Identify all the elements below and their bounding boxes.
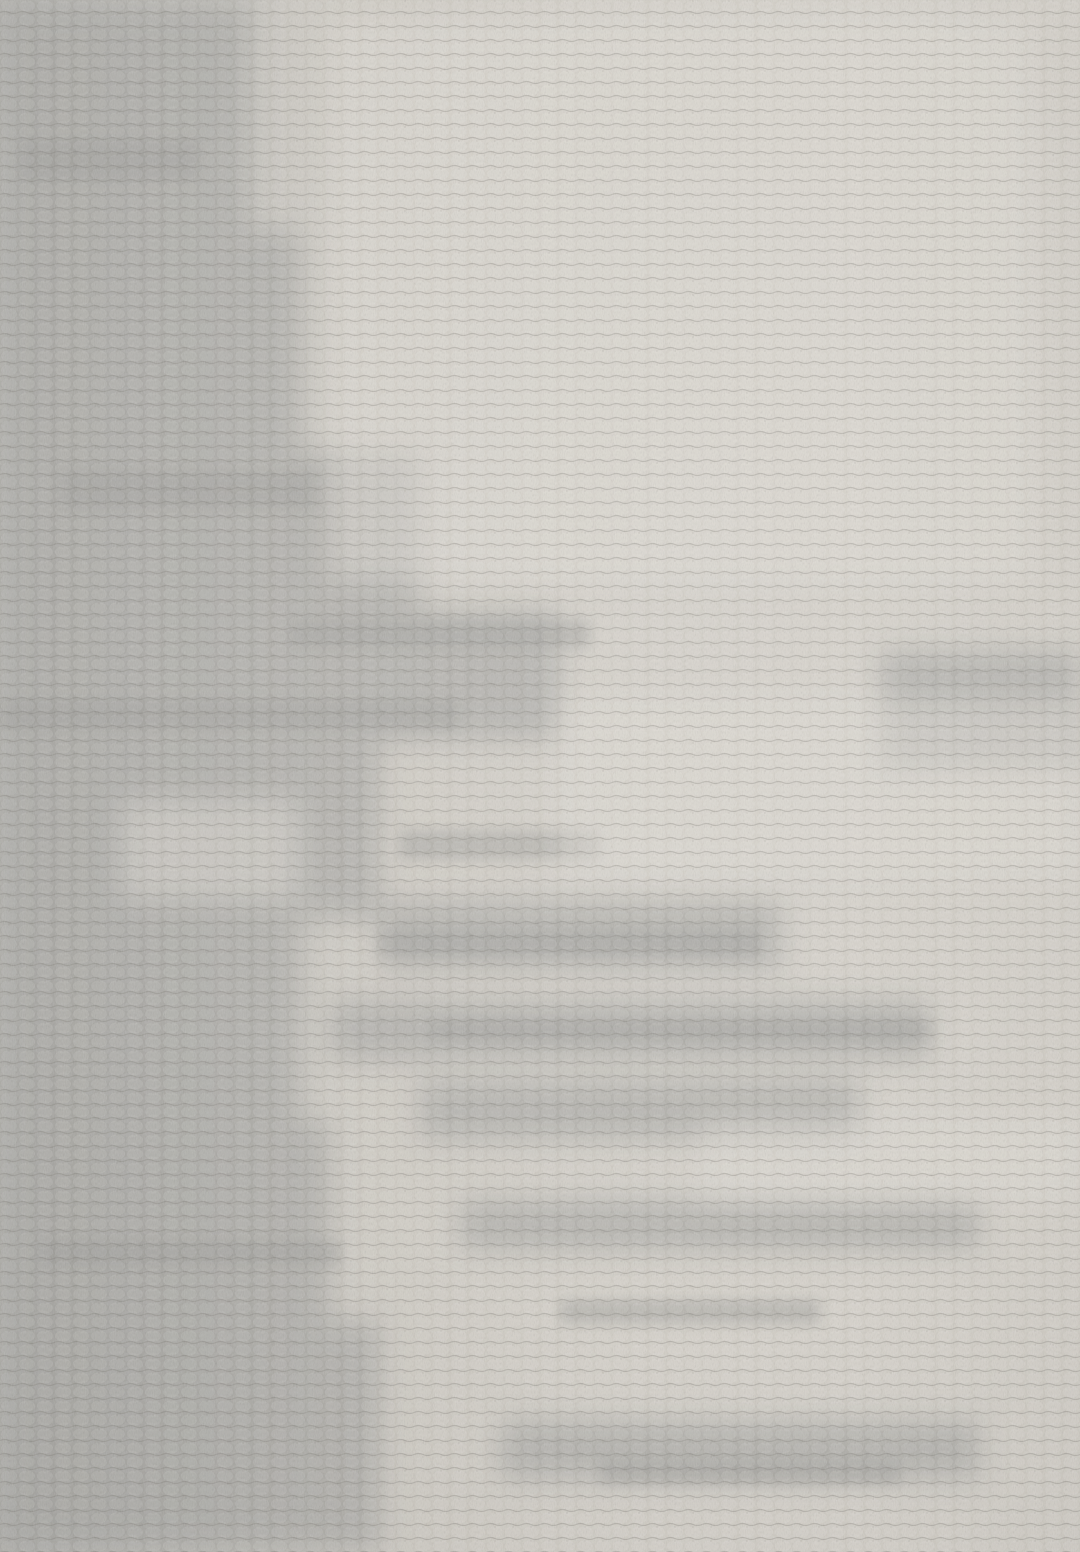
base-tone [0, 0, 1080, 1552]
fiber-noise [0, 0, 1080, 1552]
lighting [0, 0, 1080, 1552]
abrasion-patches [0, 0, 1080, 1552]
rug-texture-photo [0, 0, 1080, 1552]
knot-rows [0, 0, 1080, 1552]
